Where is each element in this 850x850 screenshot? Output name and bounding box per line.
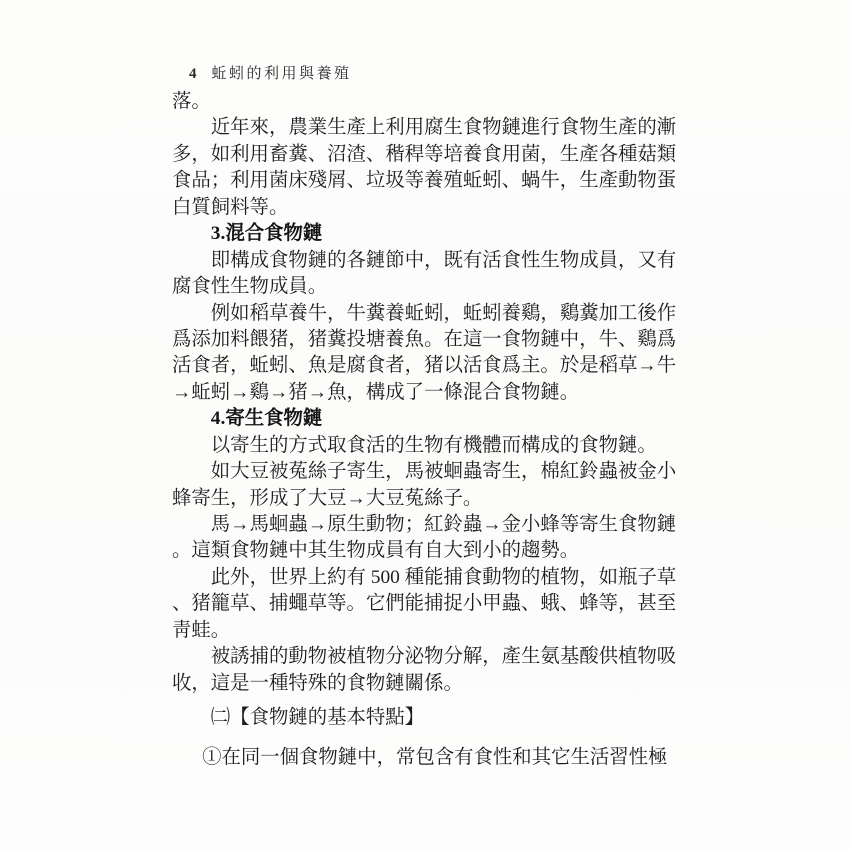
text-line: ①在同一個食物鏈中，常包含有食性和其它生活習性極 — [202, 745, 684, 771]
text-line: 如大豆被菟絲子寄生，馬被蛔蟲寄生，棉紅鈴蟲被金小 — [211, 459, 684, 485]
text-line: 活食者，蚯蚓、魚是腐食者，猪以活食爲主。於是稻草→牛 — [172, 353, 684, 379]
text-line: 。這類食物鏈中其生物成員有自大到小的趨勢。 — [172, 538, 684, 564]
text-line: 多，如利用畜糞、沼渣、稭稈等培養食用菌，生產各種菇類 — [172, 142, 684, 168]
page-body-text: 落。近年來，農業生產上利用腐生食物鏈進行食物生產的漸多，如利用畜糞、沼渣、稭稈等… — [172, 89, 684, 771]
text-line: 例如稻草養牛，牛糞養蚯蚓，蚯蚓養鷄，鷄糞加工後作 — [211, 301, 684, 327]
text-line: 此外，世界上約有 500 種能捕食動物的植物，如瓶子草 — [211, 565, 684, 591]
text-line: 即構成食物鏈的各鏈節中，既有活食性生物成員，又有 — [211, 248, 684, 274]
book-title: 蚯蚓的利用與養殖 — [212, 62, 352, 83]
section-heading: ㈡【食物鏈的基本特點】 — [211, 705, 684, 731]
text-line: 腐食性生物成員。 — [172, 274, 684, 300]
scanned-book-page: 4蚯蚓的利用與養殖 落。近年來，農業生產上利用腐生食物鏈進行食物生產的漸多，如利… — [0, 0, 850, 850]
text-line: 食品；利用菌床殘屑、垃圾等養殖蚯蚓、蝸牛，生產動物蛋 — [172, 168, 684, 194]
text-line: 靑蛙。 — [172, 618, 684, 644]
running-header: 4蚯蚓的利用與養殖 — [189, 62, 352, 83]
text-line: 馬→馬蛔蟲→原生動物；紅鈴蟲→金小蜂等寄生食物鏈 — [211, 512, 684, 538]
text-line: 蜂寄生，形成了大豆→大豆菟絲子。 — [172, 486, 684, 512]
section-heading: 3.混合食物鏈 — [211, 221, 684, 247]
text-line: 被誘捕的動物被植物分泌物分解，產生氨基酸供植物吸 — [211, 644, 684, 670]
section-heading: 4.寄生食物鏈 — [211, 406, 684, 432]
text-line: 白質飼料等。 — [172, 195, 684, 221]
text-line: 收，這是一種特殊的食物鏈關係。 — [172, 671, 684, 697]
text-line: 近年來，農業生產上利用腐生食物鏈進行食物生產的漸 — [211, 115, 684, 141]
page-number: 4 — [189, 66, 197, 83]
text-line: 落。 — [172, 89, 684, 115]
text-line: →蚯蚓→鷄→猪→魚，構成了一條混合食物鏈。 — [172, 380, 684, 406]
text-line: 爲添加料餵猪，猪糞投塘養魚。在這一食物鏈中，牛、鷄爲 — [172, 327, 684, 353]
text-line: 、猪籠草、捕蠅草等。它們能捕捉小甲蟲、蛾、蜂等，甚至 — [172, 591, 684, 617]
text-line: 以寄生的方式取食活的生物有機體而構成的食物鏈。 — [211, 433, 684, 459]
